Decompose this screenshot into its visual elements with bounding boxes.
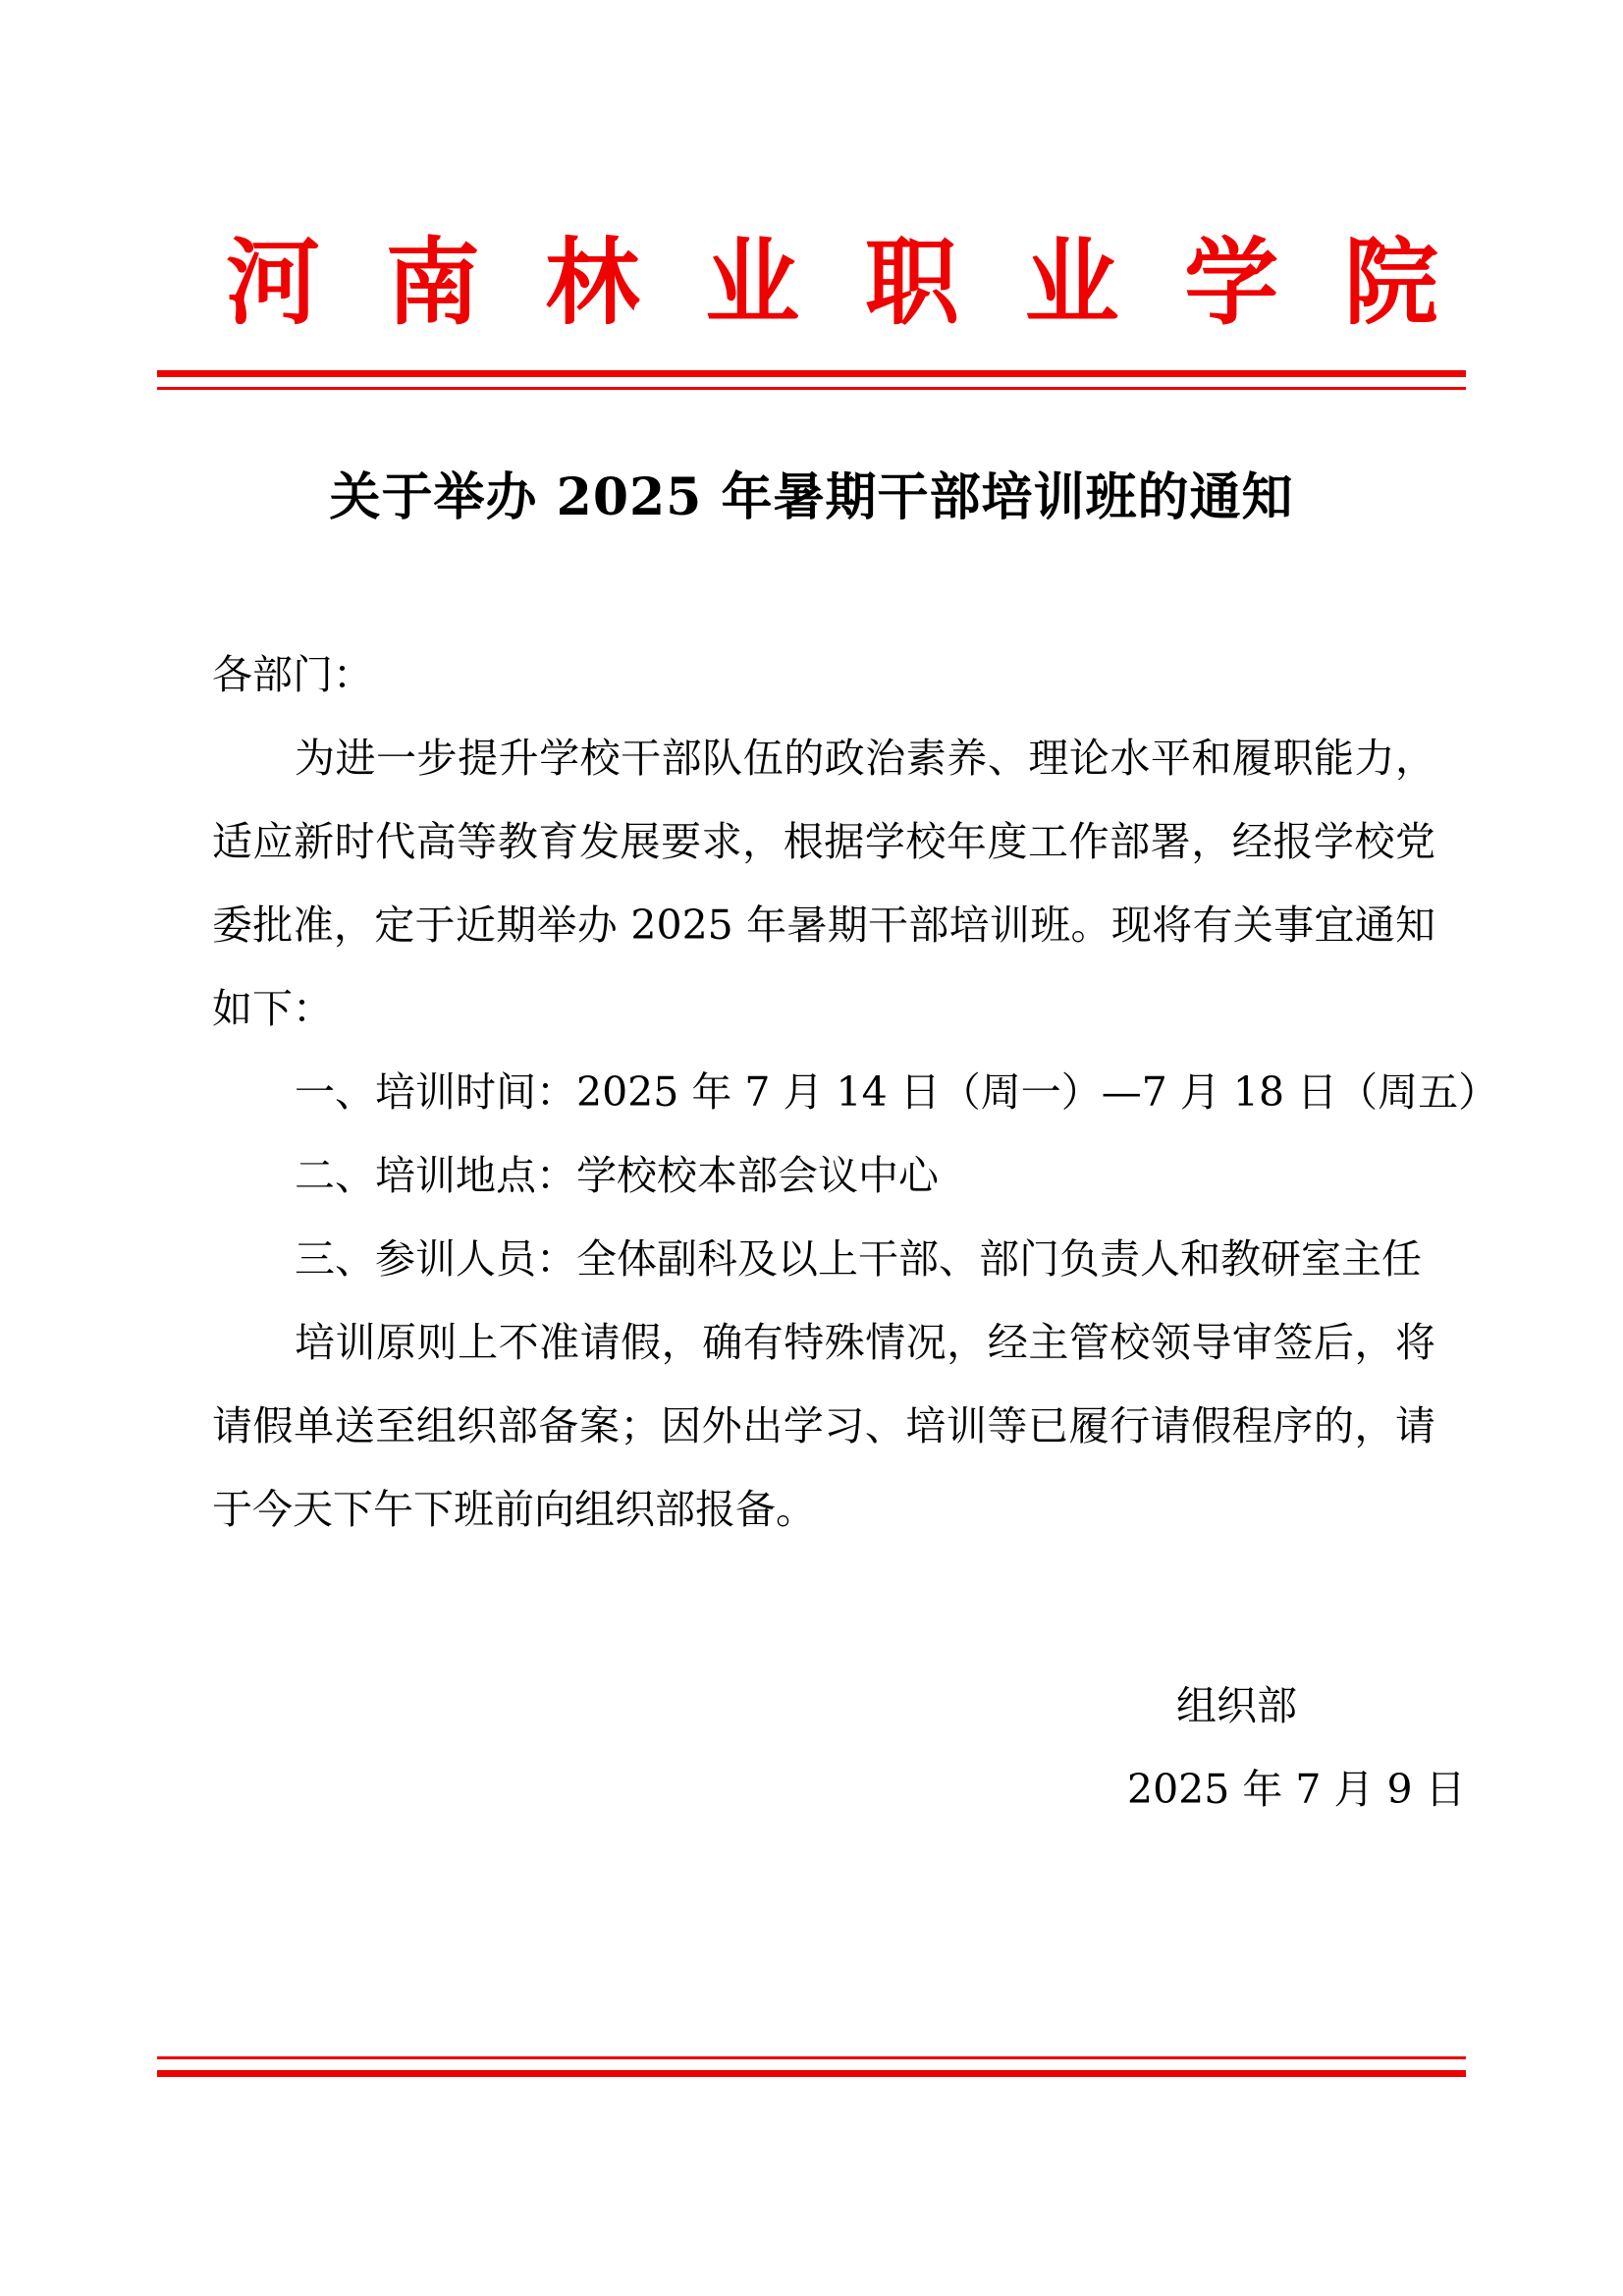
notice-document-page: 河南林业职业学院 关于举办 2025 年暑期干部培训班的通知 各部门： 为进一步… bbox=[0, 0, 1623, 2296]
institution-letterhead: 河南林业职业学院 bbox=[226, 228, 1438, 338]
letterhead-rule-thin bbox=[157, 387, 1466, 390]
institution-char: 业 bbox=[705, 228, 799, 338]
body-line: 三、参训人员：全体副科及以上干部、部门负责人和教研室主任 bbox=[212, 1218, 1435, 1301]
signature-department: 组织部 bbox=[1176, 1665, 1297, 1748]
body-line: 为进一步提升学校干部队伍的政治素养、理论水平和履职能力， bbox=[212, 717, 1435, 800]
body-text: 为进一步提升学校干部队伍的政治素养、理论水平和履职能力，适应新时代高等教育发展要… bbox=[212, 717, 1435, 1552]
letterhead-rule-thick bbox=[157, 370, 1466, 377]
institution-char: 职 bbox=[865, 228, 959, 338]
body-line: 于今天下午下班前向组织部报备。 bbox=[212, 1468, 1435, 1552]
institution-char: 林 bbox=[545, 228, 639, 338]
body-line: 如下： bbox=[212, 967, 1435, 1051]
institution-char: 河 bbox=[226, 228, 320, 338]
body-line: 请假单送至组织部备案；因外出学习、培训等已履行请假程序的，请 bbox=[212, 1385, 1435, 1468]
footer-rule-thick bbox=[157, 2070, 1466, 2077]
body-line: 二、培训地点：学校校本部会议中心 bbox=[212, 1134, 1435, 1218]
document-title: 关于举办 2025 年暑期干部培训班的通知 bbox=[0, 466, 1623, 529]
institution-char: 学 bbox=[1184, 228, 1278, 338]
body-line: 适应新时代高等教育发展要求，根据学校年度工作部署，经报学校党 bbox=[212, 800, 1435, 884]
body-line: 委批准，定于近期举办 2025 年暑期干部培训班。现将有关事宜通知 bbox=[212, 884, 1435, 967]
body-line: 一、培训时间：2025 年 7 月 14 日（周一）—7 月 18 日（周五） bbox=[212, 1051, 1435, 1134]
body-line: 培训原则上不准请假，确有特殊情况，经主管校领导审签后，将 bbox=[212, 1301, 1435, 1385]
institution-char: 院 bbox=[1344, 228, 1438, 338]
institution-char: 业 bbox=[1025, 228, 1119, 338]
institution-char: 南 bbox=[386, 228, 480, 338]
signature-date: 2025 年 7 月 9 日 bbox=[1127, 1748, 1466, 1831]
salutation: 各部门： bbox=[212, 633, 1435, 717]
footer-rule-thin bbox=[157, 2056, 1466, 2059]
